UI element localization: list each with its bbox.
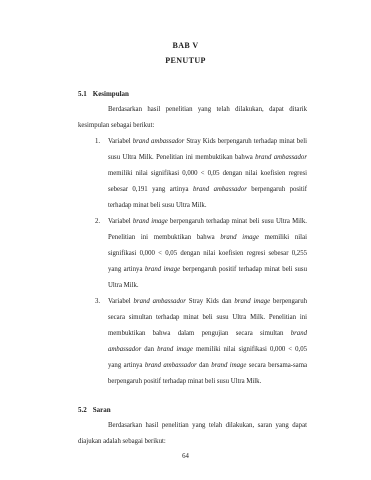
section-number: 5.2 — [78, 402, 87, 418]
list-item-number: 2. — [95, 214, 108, 294]
list-item: 2. Variabel brand image berpengaruh terh… — [95, 214, 307, 294]
section-title: Kesimpulan — [93, 90, 129, 98]
list-item-number: 1. — [95, 134, 108, 214]
section-title: Saran — [93, 406, 111, 414]
page-number: 64 — [0, 453, 371, 460]
page-body: 5.1Kesimpulan Berdasarkan hasil peneliti… — [78, 86, 307, 450]
chapter-title-block: BAB V PENUTUP — [0, 0, 371, 68]
section-heading-kesimpulan: 5.1Kesimpulan — [78, 86, 307, 102]
kesimpulan-numbered-list: 1. Variabel brand ambassador Stray Kids … — [95, 134, 307, 390]
list-item: 1. Variabel brand ambassador Stray Kids … — [95, 134, 307, 214]
section-heading-saran: 5.2Saran — [78, 402, 307, 418]
saran-intro-paragraph: Berdasarkan hasil penelitian yang telah … — [78, 418, 307, 450]
list-item: 3. Variabel brand ambassador Stray Kids … — [95, 294, 307, 390]
list-item-text: Variabel brand ambassador Stray Kids dan… — [108, 294, 307, 390]
chapter-number-title: BAB V — [0, 38, 371, 53]
list-item-text: Variabel brand image berpengaruh terhada… — [108, 214, 307, 294]
document-page: BAB V PENUTUP 5.1Kesimpulan Berdasarkan … — [0, 0, 371, 480]
kesimpulan-intro-paragraph: Berdasarkan hasil penelitian yang telah … — [78, 102, 307, 134]
list-item-text: Variabel brand ambassador Stray Kids ber… — [108, 134, 307, 214]
chapter-name-title: PENUTUP — [0, 53, 371, 68]
section-number: 5.1 — [78, 86, 87, 102]
list-item-number: 3. — [95, 294, 108, 390]
